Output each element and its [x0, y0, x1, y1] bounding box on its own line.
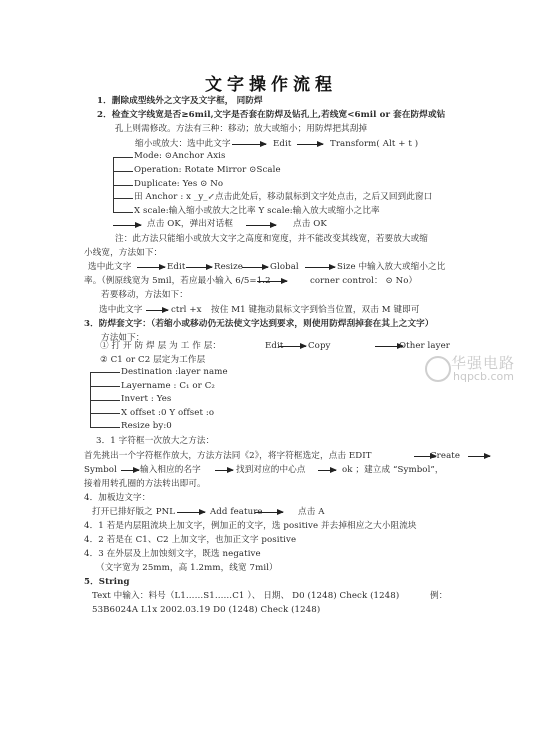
resize-resize: Resize: [214, 262, 243, 273]
move-title: 若要移动，方法如下：: [101, 290, 188, 301]
step-4: 4．加板边文字：: [84, 493, 150, 504]
scale-step-edit: Edit: [273, 139, 291, 150]
tree-item-mode: Mode: ⊙Anchor Axis: [134, 151, 226, 162]
scale-step-transform: Transform( Alt + t ): [330, 139, 418, 150]
tree2-offset: X offset :0 Y offset :o: [121, 408, 214, 419]
step-1: 1．删除成型线外之文字及文字框， 同防焊: [97, 96, 263, 107]
step-3-1-line1: 首先挑出一个字符框作放大，方法方法同《2》，将字符框选定，点击 EDIT: [84, 451, 372, 462]
step-3-1-center: 找到对应的中心点: [236, 465, 306, 476]
step-4-2: 4．2 若是在 C1、C2 上加文字，也加正文字 positive: [84, 535, 296, 546]
arrow-icon: [137, 267, 165, 268]
arrow-icon: [186, 267, 212, 268]
arrow-icon: [177, 512, 205, 513]
step-3-1-title: 3．1 字符框一次放大之方法：: [96, 436, 214, 447]
tree-branch: [113, 171, 133, 172]
tree2-layername: Layername : C₁ or C₂: [121, 381, 215, 392]
arrow-icon: [255, 512, 283, 513]
step-3-1-other-layer: Other layer: [399, 341, 450, 352]
tree-branch: [113, 198, 133, 199]
watermark-logo-icon: [425, 356, 451, 382]
tree-item-duplicate: Duplicate: Yes ⊙ No: [134, 179, 223, 190]
ok-step1: 点击 OK，弹出对话框: [147, 219, 233, 230]
step-5-example-label: 例：: [430, 591, 447, 602]
tree2-destination: Destination :layer name: [121, 367, 228, 378]
tree2-invert: Invert : Yes: [121, 394, 171, 405]
tree-item-operation: Operation: Rotate Mirror ⊙Scale: [134, 165, 281, 176]
step-4-1: 4．1 若是内层阻流块上加文字，例加正的文字，选 positive 并去掉相应之…: [84, 521, 417, 532]
tree-branch: [113, 212, 133, 213]
step-3-1-create: Create: [430, 451, 460, 462]
arrow-icon: [232, 144, 266, 145]
arrow-icon: [305, 267, 335, 268]
arrow-icon: [297, 144, 323, 145]
tree-branch: [113, 185, 133, 186]
resize-size: Size 中输入放大或缩小之比: [337, 262, 445, 273]
step-3-1-name: 输入相应的名字: [140, 465, 201, 476]
step-5-line1: Text 中输入：料号（L1……S1……C1 ）、 日期、 D0 (1248) …: [92, 591, 399, 602]
resize-edit: Edit: [167, 262, 185, 273]
arrow-icon: [246, 225, 276, 226]
tree2-resize: Resize by:0: [121, 421, 172, 432]
document-title: 文字操作流程: [205, 70, 337, 95]
step-3-1-copy: Copy: [308, 341, 331, 352]
resize-global: Global: [270, 262, 299, 273]
tree-branch: [90, 386, 120, 387]
tree-branch: [113, 157, 133, 158]
step-5-line2: 53B6024A L1x 2002.03.19 D0 (1248) Check …: [92, 605, 320, 616]
tree-branch: [90, 427, 120, 428]
resize-corner-control: corner control： ⊙ No）: [310, 276, 417, 287]
ok-step2: 点击 OK: [293, 219, 327, 230]
resize-lead: 选中此文字: [88, 262, 131, 273]
arrow-icon: [242, 267, 268, 268]
note-line2: 小线宽，方法如下：: [84, 248, 162, 259]
arrow-icon: [121, 470, 139, 471]
note-line1: 注：此方法只能缩小或放大文字之高度和宽度，并不能改变其线宽，若要放大或缩: [115, 234, 428, 245]
arrow-icon: [468, 456, 490, 457]
arrow-icon: [257, 281, 287, 282]
tree-branch: [90, 372, 120, 373]
resize-example: 率。（例原线宽为 5mil，若应最小输入 6/5=1.2: [84, 276, 271, 287]
arrow-icon: [113, 225, 141, 226]
move-lead: 选中此文字: [99, 305, 142, 316]
step-5: 5．String: [84, 577, 130, 588]
tree-branch: [90, 400, 120, 401]
step-4-3: 4．3 在外层及上加蚀刻文字，既选 negative: [84, 549, 261, 560]
step-2-line1: 2．检查文字线宽是否≥6mil,文字是否套在防焊及钻孔上,若线宽<6mil or…: [97, 110, 445, 121]
step-3-1-ok: ok ；建立成 “Symbol”，: [342, 465, 444, 476]
move-desc: 按住 M1 键拖动鼠标文字到恰当位置，双击 M 键即可: [211, 305, 420, 316]
step-4-click-a: 点击 A: [298, 507, 325, 518]
step-4-lead: 打开已排好版之 PNL: [92, 507, 175, 518]
arrow-icon: [279, 346, 306, 347]
step-2-line2: 孔上则需修改。方法有三种：移动；放大或缩小；用防焊把其刮掉: [115, 124, 367, 135]
watermark-en: hqpcb.com: [453, 370, 514, 383]
step-4-3-note: （文字宽为 25mm，高 1.2mm，线宽 7mil）: [96, 563, 278, 574]
arrow-icon: [318, 470, 336, 471]
step-3-2: ② C1 or C2 层定为工作层: [100, 355, 205, 366]
tree-item-anchor: 田 Anchor : x _y_↙点击此处后，移动鼠标到文字处点击，之后又回到此…: [134, 192, 432, 203]
step-3-1-line3: 接着用转孔圈的方法转出即可。: [84, 479, 206, 490]
step-3-1-symbol: Symbol: [84, 465, 117, 476]
step-3: 3．防焊套文字：（若缩小或移动仍无法使文字达到要求，则使用防焊刮掉套在其上之文字…: [84, 319, 434, 330]
move-ctrl-x: ctrl +x: [171, 305, 202, 316]
tree-branch: [90, 413, 120, 414]
scale-lead: 缩小或放大：选中此文字: [135, 139, 231, 150]
step-3-1-lead: ① 打 开 防 焊 层 为 工 作 层：: [100, 341, 221, 352]
tree-item-scale: X scale:输入缩小或放大之比率 Y scale:输入放大或缩小之比率: [134, 206, 380, 217]
arrow-icon: [146, 310, 168, 311]
arrow-icon: [215, 470, 233, 471]
